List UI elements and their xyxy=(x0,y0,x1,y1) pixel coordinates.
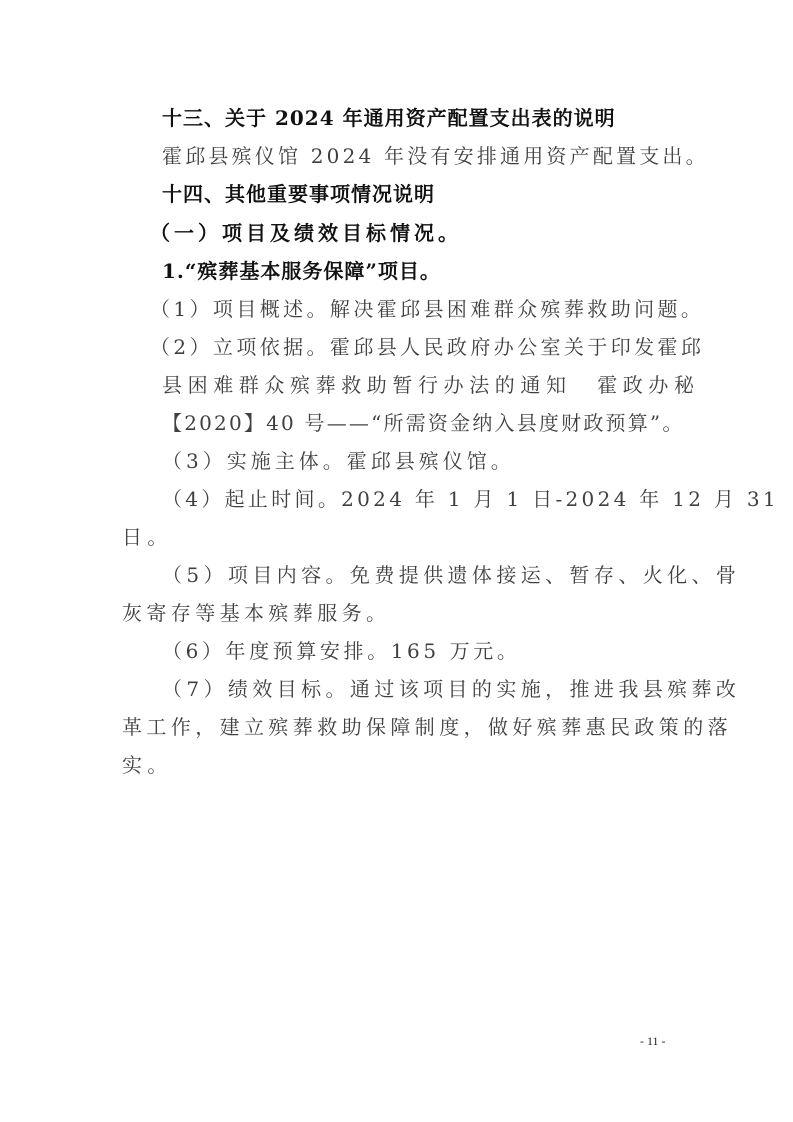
item-5-content: （5）项目内容。免费提供遗体接运、暂存、火化、骨 xyxy=(162,563,740,587)
section-13-body: 霍邱县殡仪馆 2024 年没有安排通用资产配置支出。 xyxy=(162,144,709,168)
item-4-period: （4）起止时间。2024 年 1 月 1 日-2024 年 12 月 31 xyxy=(162,487,779,511)
section-14-heading: 十四、其他重要事项情况说明 xyxy=(162,182,435,206)
item-4-period-cont: 日。 xyxy=(122,525,172,549)
item-7-goal-cont2: 实。 xyxy=(122,753,172,777)
item-2-basis-cont2: 【2020】40 号——“所需资金纳入县度财政预算”。 xyxy=(162,411,685,435)
item-2-basis-cont: 县困难群众殡葬救助暂行办法的通知 霍政办秘 xyxy=(162,373,700,397)
item-7-goal: （7）绩效目标。通过该项目的实施，推进我县殡葬改 xyxy=(162,677,740,701)
item-1-overview: （1）项目概述。解决霍邱县困难群众殡葬救助问题。 xyxy=(150,297,704,321)
item-2-basis: （2）立项依据。霍邱县人民政府办公室关于印发霍邱 xyxy=(150,335,704,359)
item-3-subject: （3）实施主体。霍邱县殡仪馆。 xyxy=(162,449,515,473)
section-13-heading: 十三、关于 2024 年通用资产配置支出表的说明 xyxy=(162,106,616,130)
document-page: 十三、关于 2024 年通用资产配置支出表的说明 霍邱县殡仪馆 2024 年没有… xyxy=(0,0,793,1122)
item-6-budget: （6）年度预算安排。165 万元。 xyxy=(162,639,520,663)
page-number: - 11 - xyxy=(640,1034,666,1049)
project-title: 1.“殡葬基本服务保障”项目。 xyxy=(162,259,441,283)
item-7-goal-cont: 革工作，建立殡葬救助保障制度，做好殡葬惠民政策的落 xyxy=(122,715,732,739)
subsection-1-heading: （一）项目及绩效目标情况。 xyxy=(150,221,462,245)
item-5-content-cont: 灰寄存等基本殡葬服务。 xyxy=(122,601,390,625)
